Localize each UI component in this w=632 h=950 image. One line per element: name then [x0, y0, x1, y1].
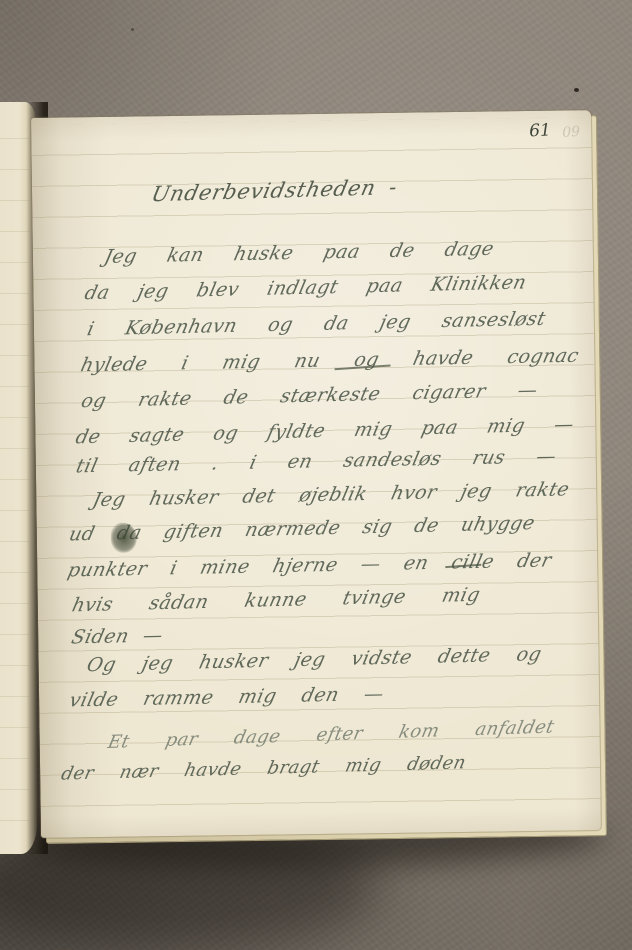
handwritten-line: de sagte og fyldte mig paa mig — [74, 413, 577, 448]
handwritten-line: da jeg blev indlagt paa Klinikken [83, 271, 529, 304]
notebook-photo: 61 09 Underbevidstheden - Jeg kan huske … [0, 0, 632, 950]
handwritten-line: Jeg kan huske paa de dage [102, 238, 496, 268]
handwritten-line: i København og da jeg sansesløst [85, 308, 548, 340]
handwritten-line: og rakte de stærkeste cigarer — [79, 379, 540, 412]
page-number: 61 [529, 120, 552, 141]
handwritten-line: til aften . i en sandesløs rus — [74, 445, 559, 477]
handwritten-line: Jeg husker det øjeblik hvor jeg rakte [90, 478, 571, 511]
handwritten-line: hylede i mig nu og havde cognac [79, 345, 582, 377]
ink-blot-scribble [111, 523, 137, 553]
heading-underbevidstheden: Underbevidstheden - [149, 175, 400, 206]
handwritten-line: der nær havde bragt mig døden [59, 752, 468, 784]
handwritten-line: hvis sådan kunne tvinge mig [70, 584, 482, 617]
notebook-page: 61 09 Underbevidstheden - Jeg kan huske … [31, 110, 601, 838]
handwritten-line: ud da giften nærmede sig de uhygge [67, 512, 537, 545]
fabric-speck [574, 88, 579, 92]
fabric-speck [131, 28, 134, 31]
handwritten-line: Og jeg husker jeg vidste dette og [85, 643, 544, 676]
handwritten-line: Et par dage efter kom anfaldet [106, 716, 556, 753]
handwritten-line: vilde ramme mig den — [67, 683, 386, 712]
handwritten-line: Siden — [69, 624, 165, 648]
faint-page-number: 09 [562, 124, 581, 141]
